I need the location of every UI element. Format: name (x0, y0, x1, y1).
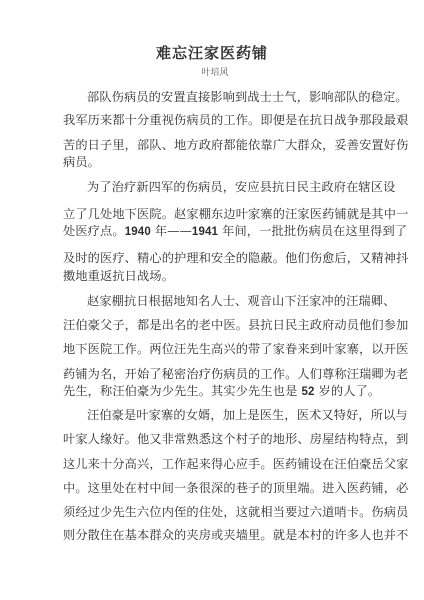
text-line: 中。这里处在村中间一条很深的巷子的顶里端。进入医药铺，必 (63, 481, 367, 495)
text-line: 先生，称汪伯豪为少先生。其实少先生也是 52 岁的人了。 (63, 384, 367, 399)
text-line: 立了几处地下医院。赵家棚东边叶家寨的汪家医药铺就是其中一 (63, 207, 367, 221)
text-line: 病员。 (63, 155, 367, 169)
text-line: 则分散住在基本群众的夹房或夹墙里。就是本村的许多人也并不 (63, 528, 367, 542)
text-line: 及时的医疗、精心的护理和安全的隐蔽。他们伤愈后，又精神抖 (63, 251, 367, 265)
text-line: 我军历来都十分重视伤病员的工作。即便是在抗日战争那段最艰 (63, 113, 367, 127)
text-line: 苦的日子里，部队、地方政府都能依靠广大群众，妥善安置好伤 (63, 138, 367, 152)
text-line: 这儿来十分高兴，工作起来得心应手。医药铺设在汪伯豪岳父家 (63, 457, 367, 471)
text-line: 药铺为名，开始了秘密治疗伤病员的工作。人们尊称汪瑞卿为老 (63, 367, 367, 381)
text-line: 部队伤病员的安置直接影响到战士士气，影响部队的稳定。 (87, 90, 367, 104)
text-line: 须经过少先生六位内侄的住处，这就相当要过六道哨卡。伤病员 (63, 505, 367, 519)
text-line: 地下医院工作。两位汪先生高兴的带了家眷来到叶家寨，以开医 (63, 342, 367, 356)
text-line: 汪伯豪父子，都是出名的老中医。县抗日民主政府动员他们参加 (63, 318, 367, 332)
text-line: 为了治疗新四军的伤病员，安应县抗日民主政府在辖区设 (87, 180, 367, 194)
text-line: 处医疗点。1940 年——1941 年间，一批批伤病员在这里得到了 (63, 224, 367, 239)
document-author: 叶培风 (0, 65, 424, 78)
document-title: 难忘汪家医药铺 (0, 42, 424, 63)
text-line: 擞地重返抗日战场。 (63, 269, 367, 283)
text-line: 汪伯豪是叶家寨的女婿，加上是医生，医术又特好，所以与 (87, 408, 367, 422)
text-line: 赵家棚抗日根据地知名人士、观音山下汪家冲的汪瑞卿、 (87, 294, 367, 308)
text-line: 叶家人缘好。他又非常熟悉这个村子的地形、房屋结构特点，到 (63, 432, 367, 446)
